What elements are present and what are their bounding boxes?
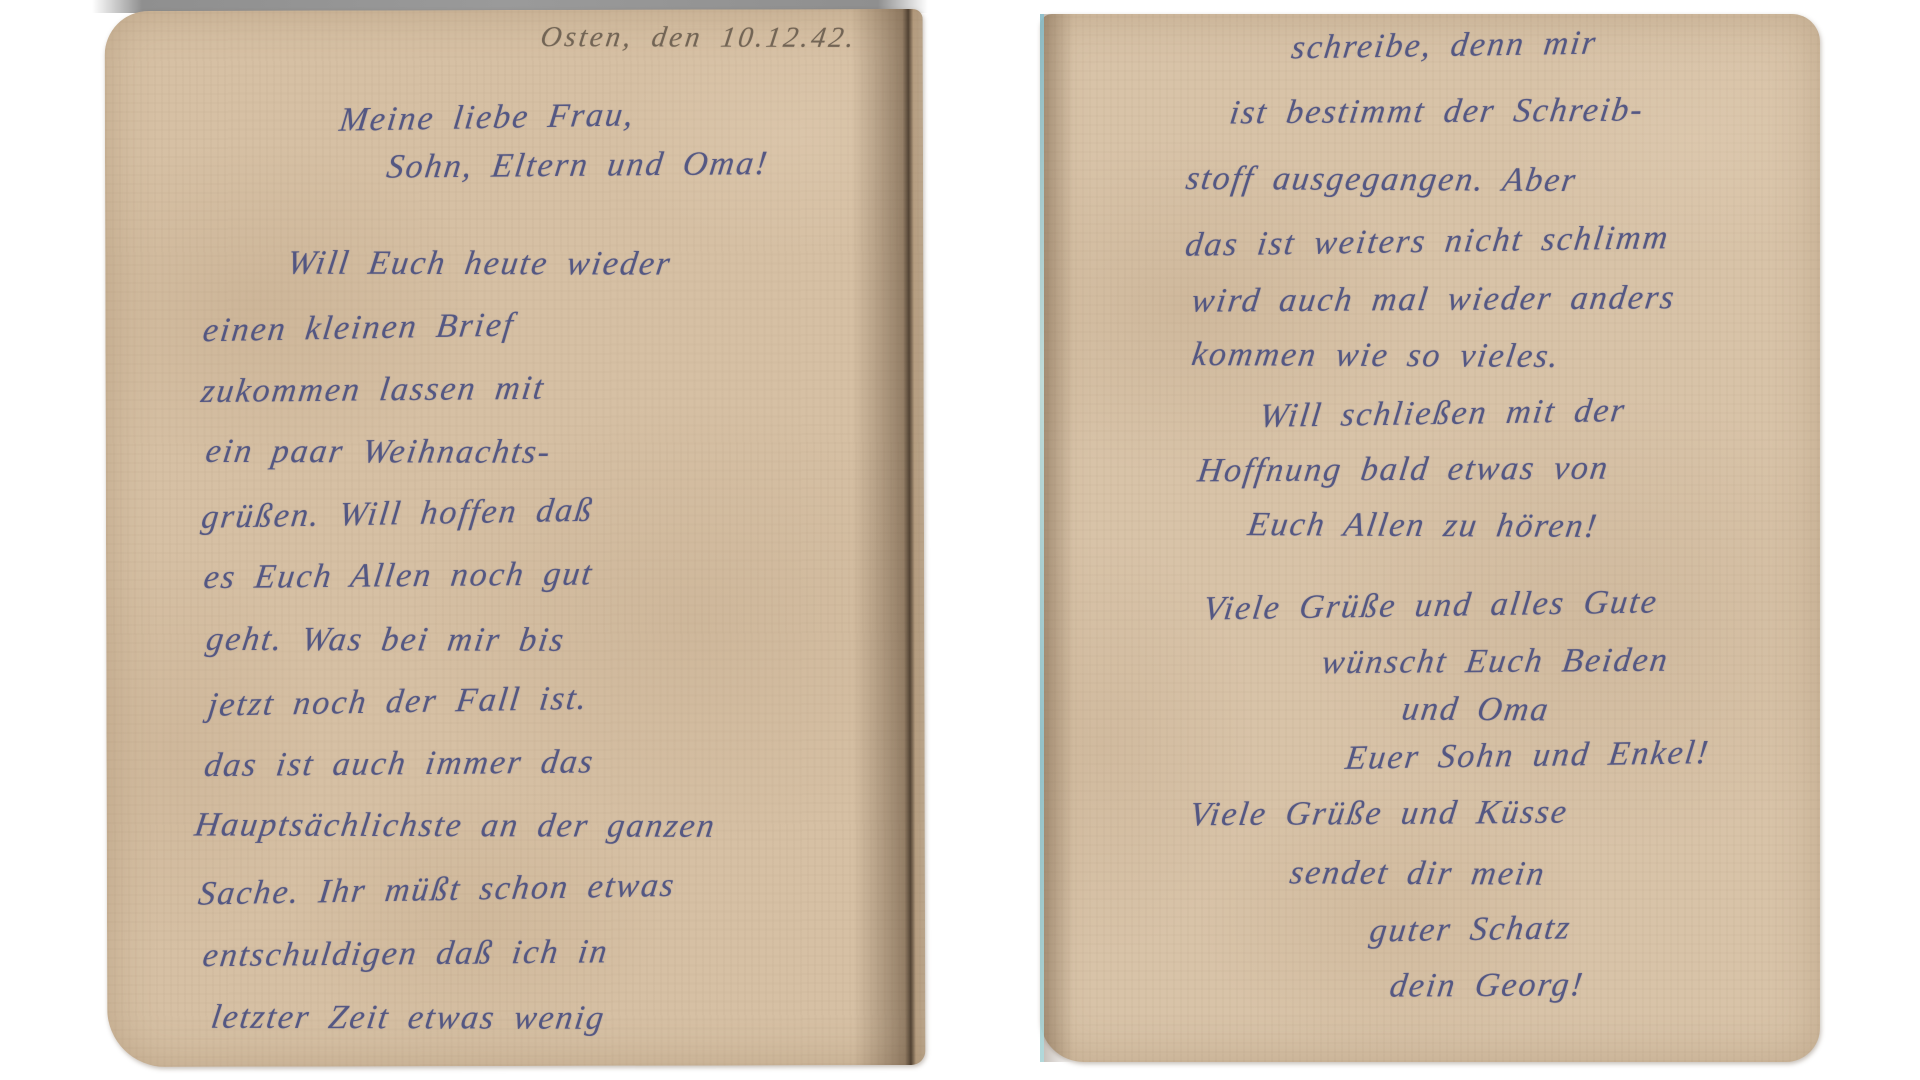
letter-page-2: schreibe, denn mir ist bestimmt der Schr… xyxy=(1040,14,1820,1062)
handwriting-line: jetzt noch der Fall ist. xyxy=(205,677,591,728)
handwriting-line: das ist weiters nicht schlimm xyxy=(1183,216,1672,268)
salutation-line-2: Sohn, Eltern und Oma! xyxy=(384,142,772,190)
handwriting-line: es Euch Allen noch gut xyxy=(201,552,596,600)
salutation-line-1: Meine liebe Frau, xyxy=(337,93,638,142)
handwriting-line: stoff ausgegangen. Aber xyxy=(1183,157,1580,203)
page-fold-shadow xyxy=(851,9,926,1065)
handwriting-line: Viele Grüße und Küsse xyxy=(1187,791,1571,838)
handwriting-line: geht. Was bei mir bis xyxy=(203,618,568,663)
handwriting-line: einen kleinen Brief xyxy=(200,304,517,354)
handwriting-line: grüßen. Will hoffen daß xyxy=(199,489,596,540)
handwriting-line: Hauptsächlichste an der ganzen xyxy=(192,803,719,848)
handwriting-line: dein Georg! xyxy=(1387,963,1587,1008)
date-line: Osten, den 10.12.42. xyxy=(538,15,860,60)
handwriting-line: ist bestimmt der Schreib- xyxy=(1227,89,1647,136)
handwriting-line: Sache. Ihr müßt schon etwas xyxy=(196,864,678,917)
handwriting-line: zukommen lassen mit xyxy=(199,367,548,414)
handwriting-line: Euch Allen zu hören! xyxy=(1245,503,1601,549)
handwriting-line: schreibe, denn mir xyxy=(1289,22,1600,71)
scan-edge-line xyxy=(1040,14,1044,1062)
handwriting-line: kommen wie so vieles. xyxy=(1189,333,1563,379)
handwriting-line: wird auch mal wieder anders xyxy=(1189,276,1679,323)
letter-page-1: Osten, den 10.12.42. Meine liebe Frau, S… xyxy=(105,9,926,1067)
handwriting-line: und Oma xyxy=(1399,688,1553,733)
scanned-letter: Osten, den 10.12.42. Meine liebe Frau, S… xyxy=(0,0,1920,1080)
handwriting-line: wünscht Euch Beiden xyxy=(1319,639,1672,685)
handwriting-line: Will schließen mit der xyxy=(1257,389,1629,439)
handwriting-line: ein paar Weihnachts- xyxy=(203,430,555,475)
handwriting-line: Euer Sohn und Enkel! xyxy=(1343,731,1713,781)
handwriting-line: guter Schatz xyxy=(1367,906,1574,953)
handwriting-line: Will Euch heute wieder xyxy=(284,242,674,287)
handwriting-line: das ist auch immer das xyxy=(202,740,598,788)
handwriting-line: entschuldigen daß ich in xyxy=(200,930,611,978)
handwriting-line: Hoffnung bald etwas von xyxy=(1195,447,1612,494)
page-fold-shadow xyxy=(1044,14,1074,1062)
handwriting-line: letzter Zeit etwas wenig xyxy=(208,996,608,1041)
handwriting-line: sendet dir mein xyxy=(1287,851,1549,896)
handwriting-line: Viele Grüße und alles Gute xyxy=(1201,580,1661,631)
